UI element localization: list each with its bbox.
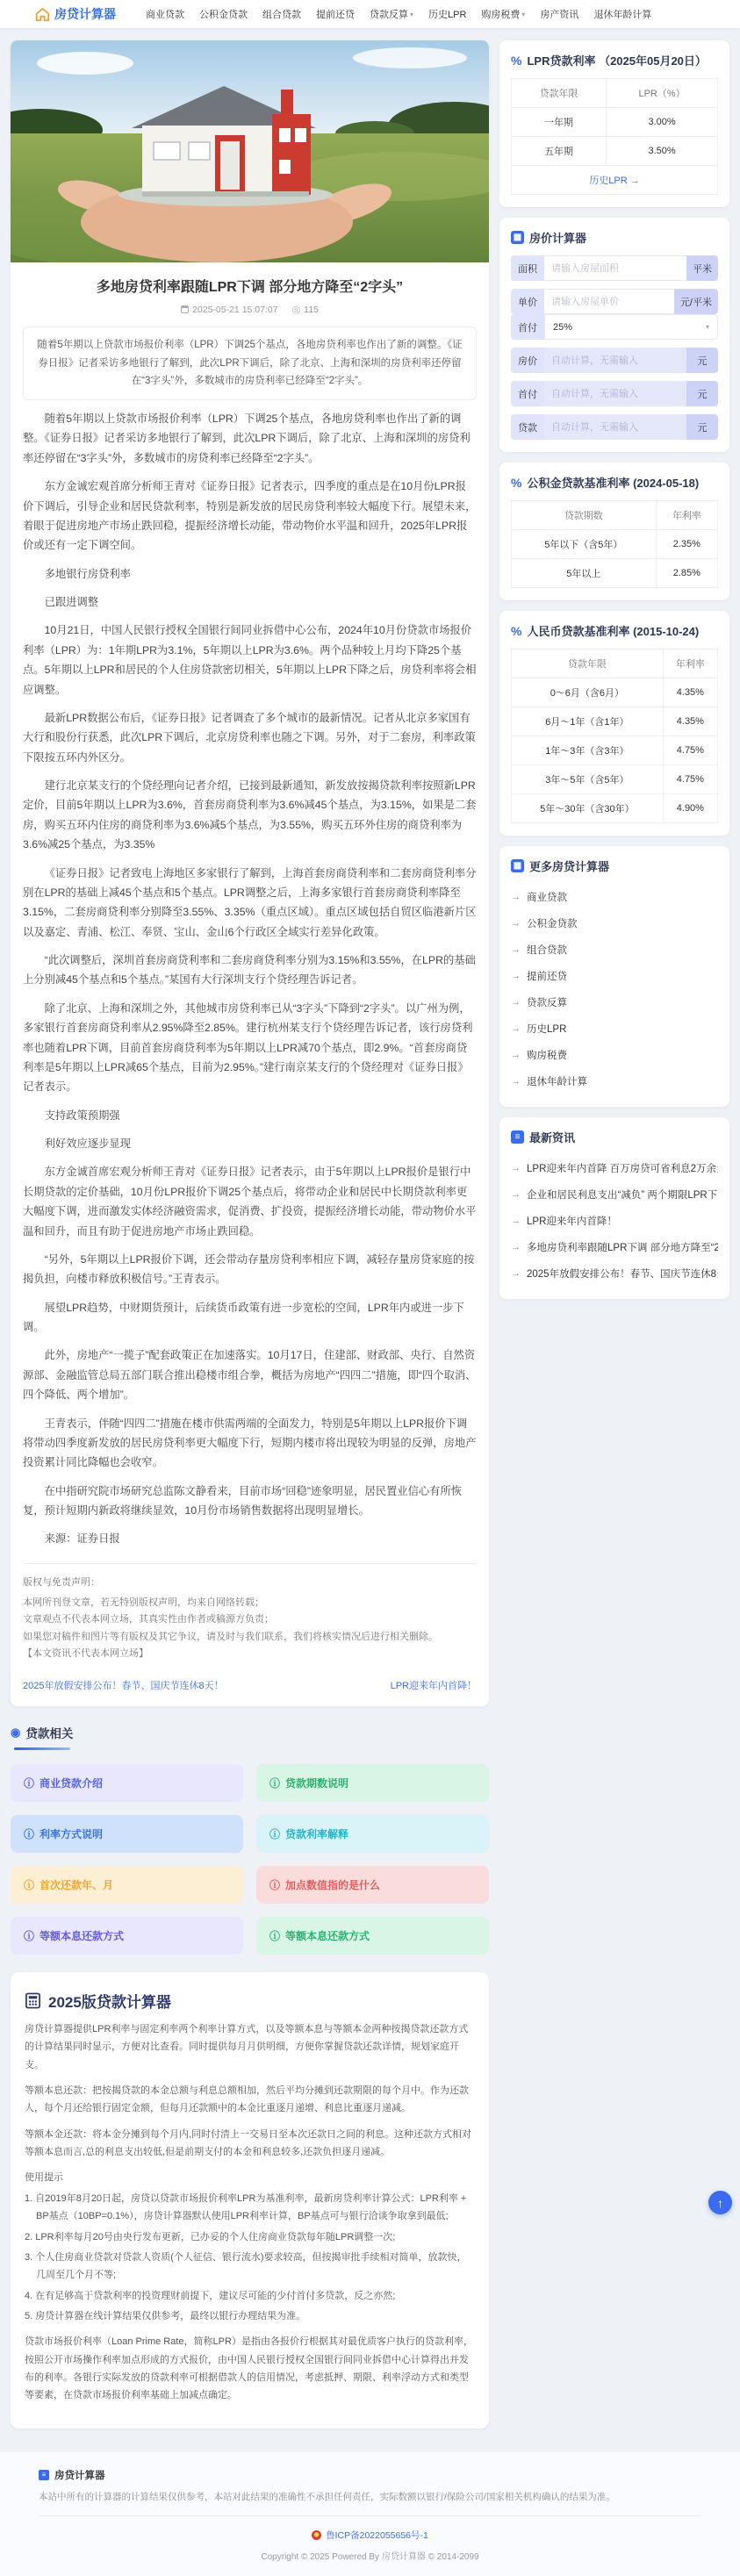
info-icon: ⓘ (269, 1877, 280, 1892)
calculator-info-paragraph: 房贷计算器提供LPR利率与固定利率两个利率计算方式，以及等额本息与等额本金两种按… (25, 2020, 475, 2074)
more-calc-title: 更多房贷计算器 (529, 857, 609, 874)
news-title: 最新资讯 (529, 1129, 575, 1145)
footer-brand: ≡ 房贷计算器 (39, 2468, 701, 2482)
sidebar-link-label: 购房税费 (527, 1048, 567, 1062)
page-title: 多地房贷利率跟随LPR下调 部分地方降至“2字头” (23, 276, 477, 296)
price-calc-title: 房价计算器 (529, 229, 586, 246)
calculator-icon (25, 1992, 41, 2009)
usage-tip: 2. LPR利率每月20号由央行发布更新，已办妥的个人住房商业贷款每年随LPR调… (25, 2228, 475, 2246)
calc-input[interactable] (544, 255, 686, 281)
article-paragraph: 来源：证券日报 (23, 1529, 477, 1548)
sidebar-link[interactable]: → 公积金贷款 (511, 910, 718, 936)
article-paragraph: 东方金诚宏观首席分析师王青对《证券日报》记者表示，四季度的重点是在10月份LPR… (23, 477, 477, 556)
nav-item[interactable]: 商业贷款 ▾ (146, 7, 184, 21)
nav-item-label: 商业贷款 (146, 7, 184, 21)
related-link-card[interactable]: ⓘ 加点数值指的是什么 (256, 1866, 489, 1904)
next-article-link[interactable]: LPR迎来年内首降！ (391, 1678, 477, 1692)
news-link-label: LPR迎来年内首降 百万房贷可省利息2万余元 (527, 1161, 718, 1175)
news-link-label: 企业和居民利息支出“减负” 两个期限LPR下行10... (527, 1188, 718, 1202)
arrow-right-icon: → (511, 1242, 521, 1252)
downpayment-row: 首付 25% ▾ (511, 314, 718, 340)
copyright-notice: 版权与免责声明： 本网所刊登文章，若无特别版权声明，均来自网络转载；文章观点不代… (23, 1563, 477, 1662)
sidebar-link[interactable]: → 组合贷款 (511, 936, 718, 963)
arrow-up-icon: ↑ (717, 2196, 723, 2210)
col-term: 贷款期数 (512, 501, 657, 530)
article-summary: 随着5年期以上贷款市场报价利率（LPR）下调25个基点，各地房贷利率也作出了新的… (23, 326, 477, 400)
news-link[interactable]: → 多地房贷利率跟随LPR下调 部分地方降至“2字头” (511, 1234, 718, 1260)
rate-cell: 2.35% (656, 530, 717, 559)
field-label: 面积 (511, 255, 544, 281)
sidebar-link[interactable]: → 贷款反算 (511, 989, 718, 1015)
info-icon: ⓘ (24, 1826, 34, 1841)
arrow-right-icon: → (511, 944, 521, 955)
article-meta: 2025-05-21 15:07:07 ◎ 115 (11, 304, 489, 315)
related-link-label: 利率方式说明 (40, 1826, 103, 1841)
nav-item[interactable]: 提前还贷 ▾ (316, 7, 355, 21)
related-heading: ◉ 贷款相关 (11, 1724, 489, 1741)
related-section: ◉ 贷款相关 ⓘ 商业贷款介绍 ⓘ 贷款期数说明 (11, 1724, 489, 1955)
icp-link[interactable]: 鲁ICP备2022055656号-1 (326, 2529, 428, 2542)
rate-cell: 3.50% (607, 137, 718, 166)
info-icon: ⓘ (24, 1776, 34, 1790)
col-term: 贷款年限 (512, 649, 664, 678)
calculator-icon: ▦ (511, 231, 524, 244)
calc-readonly-row: 房价 元 (511, 348, 718, 373)
related-title: 贷款相关 (25, 1724, 73, 1741)
sidebar-link-label: 退休年龄计算 (527, 1074, 587, 1088)
rate-cell: 2.85% (656, 559, 717, 588)
related-link-card[interactable]: ⓘ 贷款利率解释 (256, 1815, 489, 1853)
copyright-title: 版权与免责声明： (23, 1575, 477, 1591)
usage-tip: 4. 在有足够高于贷款利率的投资理财前提下，建议尽可能的少付首付多贷款，反之亦然… (25, 2287, 475, 2305)
unit-chip: 元 (686, 348, 718, 373)
article-paragraph: 最新LPR数据公布后，《证券日报》记者调查了多个城市的最新情况。记者从北京多家国… (23, 708, 477, 767)
page-footer: ≡ 房贷计算器 本站中所有的计算器的计算结果仅供参考，本站对此结果的准确性不承担… (0, 2451, 740, 2576)
table-row: 5年～30年（含30年） 4.90% (512, 794, 718, 823)
col-rate: LPR（%） (607, 79, 718, 108)
calendar-icon (181, 305, 189, 313)
copyright-lines: 本网所刊登文章，若无特别版权声明，均来自网络转载；文章观点不代表本网立场，其真实… (23, 1595, 477, 1662)
info-icon: ⓘ (269, 1928, 280, 1943)
article-body: 随着5年期以上贷款市场报价利率（LPR）下调25个基点，各地房贷利率也作出了新的… (11, 409, 489, 1549)
copyright-line: 【本文资讯不代表本网立场】 (23, 1646, 477, 1662)
lpr-widget-title: LPR贷款利率 （2025年05月20日） (527, 52, 706, 68)
top-header: 房贷计算器 商业贷款 ▾ 公积金贷款 ▾ 组合贷款 ▾ 提前还贷 ▾ (0, 0, 740, 28)
prev-article-link[interactable]: 2025年放假安排公布！春节、国庆节连休8天！ (23, 1678, 224, 1692)
bullet-icon: ◉ (11, 1726, 20, 1740)
house-icon (35, 7, 50, 22)
nav-item-label: 贷款反算 (370, 7, 408, 21)
unit-chip: 平米 (686, 255, 718, 281)
downpayment-select[interactable]: 25% ▾ (544, 314, 718, 340)
nav-item[interactable]: 退休年龄计算 ▾ (593, 7, 651, 21)
article-paragraph: 《证券日报》记者致电上海地区多家银行了解到，上海首套房商贷利率和二套房商贷利率分… (23, 864, 477, 943)
nav-item[interactable]: 组合贷款 ▾ (262, 7, 301, 21)
sidebar-link[interactable]: → 购房税费 (511, 1042, 718, 1068)
article-paragraph: 10月21日，中国人民银行授权全国银行间同业拆借中心公布，2024年10月份贷款… (23, 621, 477, 700)
nav-item-label: 房产资讯 (540, 7, 578, 21)
article-paragraph: 已跟进调整 (23, 592, 477, 612)
related-link-card[interactable]: ⓘ 等额本息还款方式 (256, 1917, 489, 1955)
price-calc-input-rows: 面积 平米 单价 元/平米 (511, 255, 718, 314)
info-icon: ⓘ (24, 1928, 34, 1943)
arrow-right-icon: → (511, 1050, 521, 1060)
calculator-info-card: 2025版贷款计算器 房贷计算器提供LPR利率与固定利率两个利率计算方式，以及等… (11, 1972, 489, 2429)
nav-item-label: 组合贷款 (262, 7, 301, 21)
sidebar-link-label: 贷款反算 (527, 995, 567, 1009)
auto-calc-field (544, 414, 686, 440)
arrow-right-icon: → (511, 997, 521, 1008)
nav-item[interactable]: 公积金贷款 ▾ (199, 7, 248, 21)
term-cell: 五年期 (512, 137, 607, 166)
unit-chip: 元 (686, 381, 718, 406)
arrow-right-icon: → (511, 971, 521, 981)
table-row: 五年期 3.50% (512, 137, 718, 166)
info-icon: ⓘ (269, 1826, 280, 1841)
percent-icon: % (511, 476, 521, 490)
article-paragraph: 随着5年期以上贷款市场报价利率（LPR）下调25个基点，各地房贷利率也作出了新的… (23, 409, 477, 468)
calc-readonly-row: 首付 元 (511, 381, 718, 406)
usage-tip: 3. 个人住房商业贷款对贷款人资质(个人征信、银行流水)要求较高，但按揭审批手续… (25, 2249, 475, 2285)
article-paragraph: 此外，房地产“一揽子”配套政策正在加速落实。10月17日，住建部、财政部、央行、… (23, 1345, 477, 1404)
news-link[interactable]: → LPR迎来年内首降 百万房贷可省利息2万余元 (511, 1155, 718, 1181)
calculator-info-paragraphs: 房贷计算器提供LPR利率与固定利率两个利率计算方式，以及等额本息与等额本金两种按… (25, 2020, 475, 2161)
nav-item-label: 购房税费 (481, 7, 520, 21)
auto-calc-field (544, 381, 686, 406)
table-row: 1年～3年（含3年） 4.75% (512, 736, 718, 765)
article-paragraph: 王青表示，伴随“四四二”措施在楼市供需两端的全面发力，特别是5年期以上LPR报价… (23, 1414, 477, 1473)
more-calc-heading: ▦ 更多房贷计算器 (511, 857, 718, 874)
arrow-right-icon: → (511, 892, 521, 902)
arrow-right-icon: → (511, 1076, 521, 1087)
field-label: 贷款 (511, 414, 544, 440)
prev-next-nav: 2025年放假安排公布！春节、国庆节连休8天！ LPR迎来年内首降！ (23, 1678, 477, 1692)
unit-chip: 元 (686, 414, 718, 440)
related-link-label: 首次还款年、月 (40, 1877, 113, 1892)
rmb-rate-table: 贷款年限 年利率 0～6月（含6月） 4.35% 6月～1年（含1年） (511, 649, 718, 823)
field-label: 单价 (511, 289, 544, 314)
lpr-rate-table: 贷款年限 LPR（%） 一年期 3.00% 五年期 3.50% (511, 78, 718, 195)
related-link-label: 贷款利率解释 (285, 1826, 348, 1841)
rmb-widget-title: 人民币贷款基准利率 (2015-10-24) (527, 622, 699, 639)
footer-disclaimer: 本站中所有的计算器的计算结果仅供参考，本站对此结果的准确性不承担任何责任，实际数… (39, 2490, 701, 2503)
article-paragraph: 支持政策预期强 (23, 1106, 477, 1125)
latest-news-widget: ≡ 最新资讯 → LPR迎来年内首降 百万房贷可省利息2万余元 → 企业和居民利… (499, 1117, 729, 1299)
related-link-card[interactable]: ⓘ 首次还款年、月 (11, 1866, 243, 1904)
national-emblem-icon (312, 2530, 321, 2540)
article-paragraph: 除了北京、上海和深圳之外，其他城市房贷利率已从“3字头”下降到“2字头”。以广州… (23, 999, 477, 1097)
info-icon: ⓘ (24, 1877, 34, 1892)
fund-widget-title: 公积金贷款基准利率 (2024-05-18) (527, 474, 699, 491)
copyright-line: Copyright © 2025 Powered By 房贷计算器 © 2014… (0, 2549, 740, 2562)
calc-input-row: 单价 元/平米 (511, 289, 718, 314)
usage-tips-title: 使用提示 (25, 2169, 475, 2186)
chevron-down-icon: ▾ (410, 11, 413, 18)
footer-divider (39, 2515, 701, 2516)
calc-input[interactable] (544, 289, 674, 314)
sidebar-link-label: 公积金贷款 (527, 916, 578, 930)
publish-date-item: 2025-05-21 15:07:07 (181, 305, 278, 315)
sidebar-link[interactable]: → 提前还贷 (511, 963, 718, 989)
article-paragraph: “另外，5年期以上LPR报价下调，还会带动存量房贷利率相应下调，减轻存量房贷家庭… (23, 1250, 477, 1289)
chevron-down-icon: ▾ (521, 11, 525, 18)
arrow-right-icon: → (511, 1189, 521, 1200)
sidebar-link[interactable]: → 退休年龄计算 (511, 1068, 718, 1094)
field-label: 首付 (511, 314, 544, 340)
eye-icon: ◎ (292, 304, 301, 315)
nav-item-label: 历史LPR (428, 7, 466, 21)
doc-icon: ≡ (39, 2470, 49, 2480)
field-label: 房价 (511, 348, 544, 373)
calc-readonly-row: 贷款 元 (511, 414, 718, 440)
icp-row: 鲁ICP备2022055656号-1 (0, 2529, 740, 2542)
term-cell: 3年～5年（含5年） (512, 765, 664, 794)
table-row: 0～6月（含6月） 4.35% (512, 678, 718, 707)
rate-cell: 4.75% (663, 765, 717, 794)
views-item: ◎ 115 (292, 304, 319, 315)
table-row: 5年以下（含5年） 2.35% (512, 530, 718, 559)
news-icon: ≡ (511, 1130, 524, 1144)
main-nav: 商业贷款 ▾ 公积金贷款 ▾ 组合贷款 ▾ 提前还贷 ▾ 贷款反算 ▾ (146, 7, 651, 21)
back-to-top-button[interactable]: ↑ (708, 2191, 732, 2214)
more-calc-links: → 商业贷款 → 公积金贷款 → 组合贷款 → (511, 884, 718, 1094)
news-links: → LPR迎来年内首降 百万房贷可省利息2万余元 → 企业和居民利息支出“减负”… (511, 1155, 718, 1287)
nav-item-label: 退休年龄计算 (593, 7, 651, 21)
usage-tip: 5. 房贷计算器在线计算结果仅供参考，最终以银行办理结果为准。 (25, 2307, 475, 2325)
sidebar-link-label: 历史LPR (527, 1022, 566, 1036)
rate-cell: 3.00% (607, 108, 718, 137)
publish-date: 2025-05-21 15:07:07 (192, 305, 278, 315)
news-link[interactable]: → 企业和居民利息支出“减负” 两个期限LPR下行10... (511, 1181, 718, 1208)
table-row: 3年～5年（含5年） 4.75% (512, 765, 718, 794)
term-cell: 5年以上 (512, 559, 657, 588)
auto-calc-field (544, 348, 686, 373)
related-link-card[interactable]: ⓘ 等额本息还款方式 (11, 1917, 243, 1955)
sidebar-link[interactable]: → 商业贷款 (511, 884, 718, 910)
footer-site-name: 房贷计算器 (54, 2468, 105, 2482)
downpayment-value: 25% (553, 322, 572, 333)
unit-chip: 元/平米 (674, 289, 718, 314)
related-link-label: 等额本息还款方式 (285, 1928, 370, 1943)
news-link-label: 2025年放假安排公布！春节、国庆节连休8天！ (527, 1266, 718, 1281)
nav-item[interactable]: 房产资讯 ▾ (540, 7, 578, 21)
field-label: 首付 (511, 381, 544, 406)
arrow-right-icon: → (511, 1023, 521, 1034)
percent-icon: % (511, 54, 521, 68)
col-rate: 年利率 (663, 649, 717, 678)
usage-tip: 1. 自2019年8月20日起，房贷以贷款市场报价利率LPR为基准利率，最新房贷… (25, 2190, 475, 2226)
article-paragraph: 展望LPR趋势，中财期货预计，后续货币政策有进一步宽松的空间，LPR年内或进一步… (23, 1298, 477, 1338)
related-link-label: 贷款期数说明 (285, 1776, 348, 1790)
site-logo[interactable]: 房贷计算器 (35, 5, 116, 23)
term-cell: 0～6月（含6月） (512, 678, 664, 707)
price-calc-auto-rows: 房价 元 首付 元 贷款 元 (511, 348, 718, 440)
sidebar-link-label: 提前还贷 (527, 969, 567, 983)
term-cell: 6月～1年（含1年） (512, 707, 664, 736)
article-paragraph: 多地银行房贷利率 (23, 564, 477, 584)
sidebar-link[interactable]: → 历史LPR (511, 1015, 718, 1042)
usage-tips-list: 1. 自2019年8月20日起，房贷以贷款市场报价利率LPR为基准利率，最新房贷… (25, 2190, 475, 2325)
percent-icon: % (511, 624, 521, 638)
history-lpr-link[interactable]: 历史LPR → (512, 166, 718, 195)
nav-item[interactable]: 购房税费 ▾ (481, 7, 525, 21)
article-card: 多地房贷利率跟随LPR下调 部分地方降至“2字头” 2025-05-21 15:… (11, 40, 489, 1706)
col-rate: 年利率 (656, 501, 717, 530)
calculator-info-paragraph: 等额本金还款：将本金分摊到每个月内,同时付清上一交易日至本次还款日之间的利息。这… (25, 2126, 475, 2162)
site-title: 房贷计算器 (54, 5, 116, 23)
rate-cell: 4.90% (663, 794, 717, 823)
rate-cell: 4.35% (663, 707, 717, 736)
calc-input-row: 面积 平米 (511, 255, 718, 281)
calculator-info-title: 2025版贷款计算器 (48, 1990, 171, 2012)
table-row: 一年期 3.00% (512, 108, 718, 137)
news-link-label: LPR迎来年内首降！ (527, 1214, 617, 1228)
fund-widget-heading: % 公积金贷款基准利率 (2024-05-18) (511, 474, 718, 491)
sidebar-link-label: 商业贷款 (527, 890, 567, 904)
rmb-widget-heading: % 人民币贷款基准利率 (2015-10-24) (511, 622, 718, 639)
lpr-definition: 贷款市场报价利率（Loan Prime Rate，简称LPR）是指由各报价行根据… (25, 2333, 475, 2404)
term-cell: 5年～30年（含30年） (512, 794, 664, 823)
table-row: 5年以上 2.85% (512, 559, 718, 588)
article-paragraph: 在中指研究院市场研究总监陈文静看来，目前市场“回稳”迹象明显，居民置业信心有所恢… (23, 1482, 477, 1521)
copyright-line: 文章观点不代表本网立场，其真实性由作者或稿源方负责； (23, 1611, 477, 1628)
article-paragraph: 利好效应逐步显现 (23, 1134, 477, 1153)
view-count: 115 (304, 305, 319, 315)
more-calculators-widget: ▦ 更多房贷计算器 → 商业贷款 → 公积金贷款 → (499, 846, 729, 1107)
related-link-card[interactable]: ⓘ 利率方式说明 (11, 1815, 243, 1853)
article-paragraph: 建行北京某支行的个贷经理向记者介绍，已接到最新通知，新发放按揭贷款利率按照新LP… (23, 776, 477, 855)
price-calculator-widget: ▦ 房价计算器 面积 平米 单价 元/平米 (499, 218, 729, 452)
related-grid: ⓘ 商业贷款介绍 ⓘ 贷款期数说明 ⓘ 利率方式说明 ⓘ (11, 1764, 489, 1955)
copyright-line: 如果您对稿件和图片等有版权及其它争议，请及时与我们联系，我们将核实情况后进行相关… (23, 1629, 477, 1646)
news-link[interactable]: → LPR迎来年内首降！ (511, 1208, 718, 1234)
related-link-card[interactable]: ⓘ 商业贷款介绍 (11, 1764, 243, 1802)
term-cell: 一年期 (512, 108, 607, 137)
related-link-card[interactable]: ⓘ 贷款期数说明 (256, 1764, 489, 1802)
article-paragraph: 东方金诚首席宏观分析师王青对《证券日报》记者表示，由于5年期以上LPR报价是银行… (23, 1162, 477, 1241)
nav-item[interactable]: 历史LPR ▾ (428, 7, 466, 21)
calculator-icon: ▦ (511, 859, 524, 872)
fund-rate-widget: % 公积金贷款基准利率 (2024-05-18) 贷款期数 年利率 5年以下（含… (499, 463, 729, 600)
heading-underline (14, 1747, 70, 1750)
news-link[interactable]: → 2025年放假安排公布！春节、国庆节连休8天！ (511, 1260, 718, 1287)
arrow-right-icon: → (511, 918, 521, 929)
lpr-rate-widget: % LPR贷款利率 （2025年05月20日） 贷款年限 LPR（%） 一年期 … (499, 40, 729, 207)
arrow-right-icon: → (511, 1216, 521, 1226)
news-heading: ≡ 最新资讯 (511, 1129, 718, 1145)
news-link-label: 多地房贷利率跟随LPR下调 部分地方降至“2字头” (527, 1240, 718, 1254)
rmb-rate-widget: % 人民币贷款基准利率 (2015-10-24) 贷款年限 年利率 0～6月（含… (499, 611, 729, 836)
term-cell: 5年以下（含5年） (512, 530, 657, 559)
term-cell: 1年～3年（含3年） (512, 736, 664, 765)
nav-item[interactable]: 贷款反算 ▾ (370, 7, 413, 21)
rate-cell: 4.75% (663, 736, 717, 765)
copyright-line: 本网所刊登文章，若无特别版权声明，均来自网络转载； (23, 1595, 477, 1611)
calculator-info-paragraph: 等额本息还款：把按揭贷款的本金总额与利息总额相加，然后平均分摊到还款期限的每个月… (25, 2082, 475, 2118)
related-link-label: 商业贷款介绍 (40, 1776, 103, 1790)
article-paragraph: “此次调整后，深圳首套房商贷利率和二套房商贷利率分别为3.15%和3.55%，在… (23, 951, 477, 990)
price-calc-heading: ▦ 房价计算器 (511, 229, 718, 246)
table-row: 6月～1年（含1年） 4.35% (512, 707, 718, 736)
chevron-down-icon: ▾ (706, 323, 709, 331)
arrow-right-icon: → (511, 1163, 521, 1173)
sidebar-link-label: 组合贷款 (527, 943, 567, 957)
col-term: 贷款年限 (512, 79, 607, 108)
fund-rate-table: 贷款期数 年利率 5年以下（含5年） 2.35% 5年以上 2.8 (511, 500, 718, 588)
rate-cell: 4.35% (663, 678, 717, 707)
nav-item-label: 提前还贷 (316, 7, 355, 21)
arrow-right-icon: → (511, 1268, 521, 1279)
hero-image (11, 40, 489, 262)
related-link-label: 加点数值指的是什么 (285, 1877, 380, 1892)
related-link-label: 等额本息还款方式 (40, 1928, 124, 1943)
nav-item-label: 公积金贷款 (199, 7, 248, 21)
calculator-info-heading: 2025版贷款计算器 (25, 1990, 475, 2012)
lpr-widget-heading: % LPR贷款利率 （2025年05月20日） (511, 52, 718, 68)
info-icon: ⓘ (269, 1776, 280, 1790)
